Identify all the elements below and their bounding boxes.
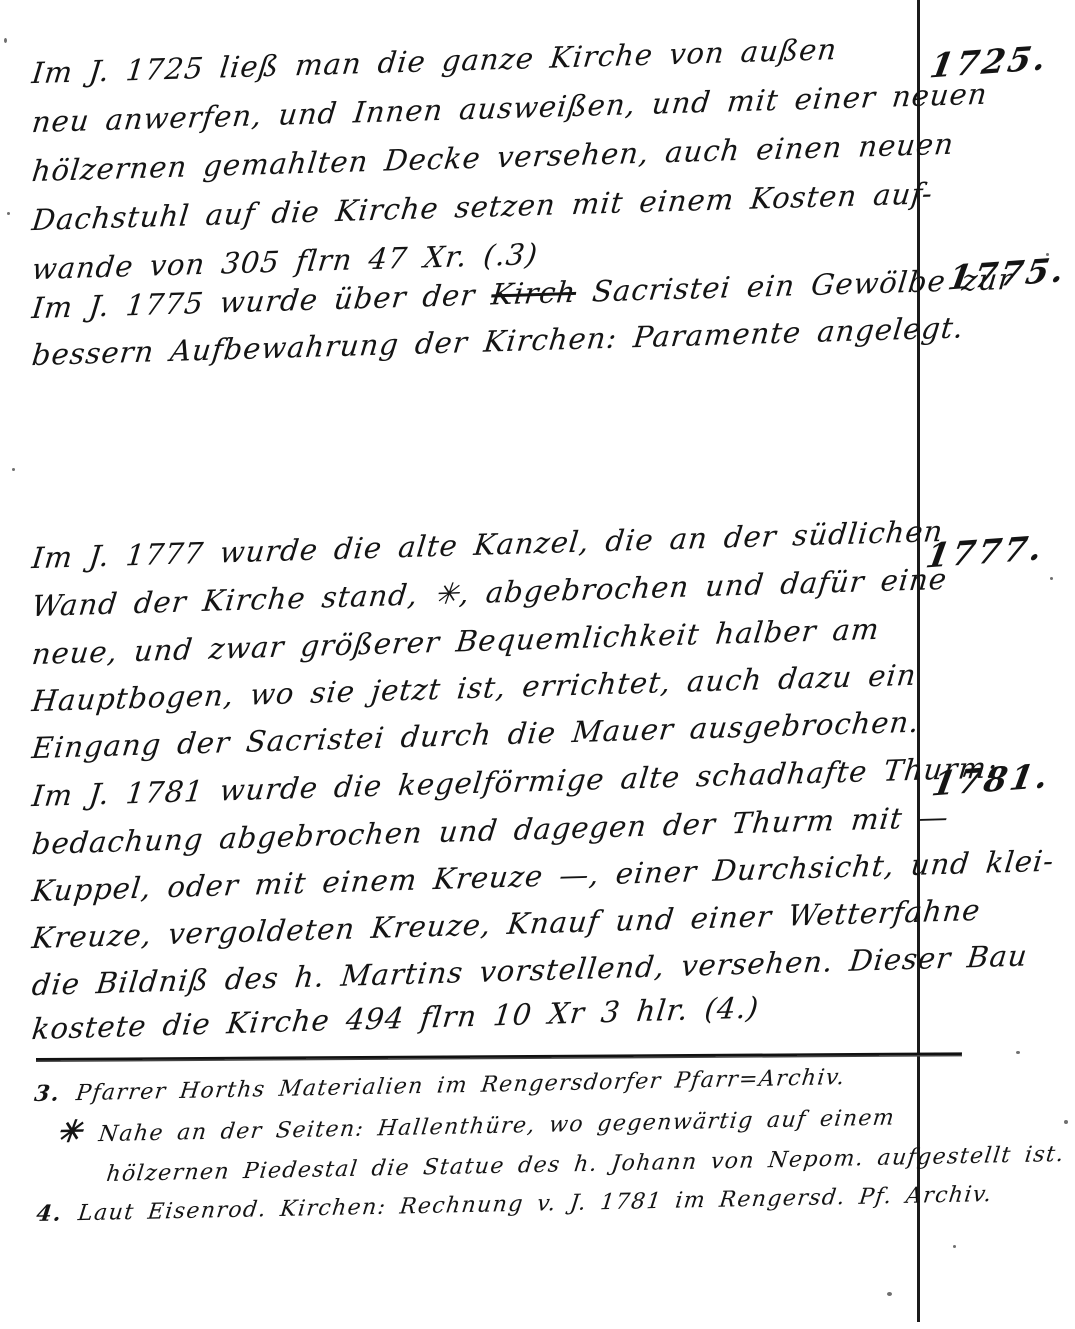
manuscript-page: Im J. 1725 ließ man die ganze Kirche von… — [0, 0, 1075, 1329]
scan-speck — [1016, 1051, 1020, 1054]
margin-year-1775: 1775. — [945, 250, 1070, 298]
text-line: Dachstuhl auf die Kirche setzen mit eine… — [30, 176, 935, 237]
footnote-star-continuation: hölzernen Piedestal die Statue des h. Jo… — [105, 1142, 1066, 1187]
footnote-star-text-line2: hölzernen Piedestal die Statue des h. Jo… — [105, 1142, 1066, 1187]
scan-speck — [4, 38, 7, 43]
footnote-3-marker: 3. — [33, 1080, 62, 1107]
margin-year-1725: 1725. — [927, 38, 1052, 86]
scan-speck — [1064, 1120, 1068, 1124]
footnote-star: ✳ Nahe an der Seiten: Hallenthüre, wo ge… — [55, 1103, 897, 1148]
struck-word: Kirch — [490, 275, 578, 312]
scan-speck — [953, 1245, 956, 1248]
footnote-star-text-line1: Nahe an der Seiten: Hallenthüre, wo gege… — [97, 1105, 896, 1147]
footnote-3: 3. Pfarrer Horths Materialien im Rengers… — [33, 1064, 847, 1107]
footnote-4-marker: 4. — [35, 1200, 64, 1227]
footnote-separator-rule — [36, 1052, 962, 1062]
scan-speck — [1050, 577, 1053, 580]
scan-speck — [12, 468, 15, 471]
scan-speck — [887, 1292, 892, 1296]
footnote-3-text: Pfarrer Horths Materialien im Rengersdor… — [75, 1065, 847, 1106]
asterisk-icon: ✳ — [55, 1120, 84, 1145]
text-line: Im J. 1725 ließ man die ganze Kirche von… — [30, 32, 839, 90]
scan-speck — [7, 212, 10, 215]
text-segment: Im J. 1775 wurde über der — [30, 278, 477, 325]
margin-year-1781: 1781. — [929, 756, 1054, 804]
footnote-4-text: Laut Eisenrod. Kirchen: Rechnung v. J. 1… — [77, 1182, 994, 1226]
footnote-4: 4. Laut Eisenrod. Kirchen: Rechnung v. J… — [35, 1181, 994, 1227]
margin-year-1777: 1777. — [923, 528, 1048, 576]
